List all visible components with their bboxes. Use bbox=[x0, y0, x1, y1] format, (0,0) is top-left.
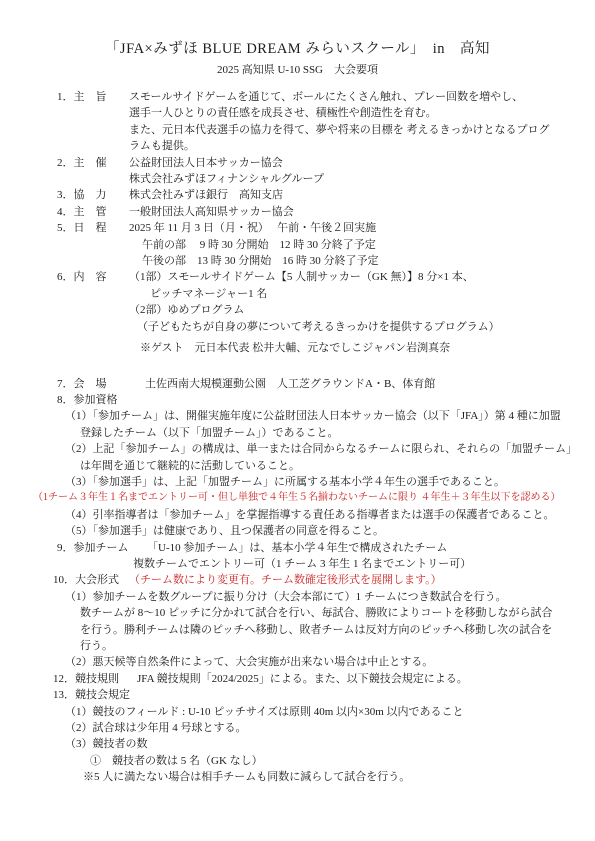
doc-line: 登録したチーム（以下「加盟チーム」）であること。 bbox=[0, 425, 595, 441]
blank-space bbox=[0, 357, 595, 376]
doc-line: 7．会 場土佐西南大規模運動公園 人工芝グラウンドA・B、体育館 bbox=[0, 376, 595, 392]
doc-line: （2）試合球は少年用 4 号球とする。 bbox=[0, 720, 595, 736]
doc-line: （4）引率指導者は「参加チーム」を掌握指導する責任ある指導者または選手の保護者で… bbox=[0, 507, 595, 523]
text-segment: （2部）ゆめプログラム bbox=[129, 304, 244, 316]
text-segment: （2）試合球は少年用 4 号球とする。 bbox=[65, 722, 247, 734]
text-segment: 株式会社みずほフィナンシャルグループ bbox=[129, 173, 324, 185]
text-segment: 13．競技会規定 bbox=[53, 689, 130, 701]
doc-line: 1．主 旨スモールサイドゲームを通じて、ボールにたくさん触れ、プレー回数を増やし… bbox=[0, 89, 595, 105]
doc-line: ① 競技者の数は 5 名（GK なし） bbox=[0, 753, 595, 769]
doc-line: 8．参加資格 bbox=[0, 392, 595, 408]
text-segment: また、元日本代表選手の協力を得て、夢や将来の目標を 考えるきっかけとなるプログ bbox=[129, 124, 550, 136]
text-segment: 「U-10 参加チーム」は、基本小学４年生で構成されたチーム bbox=[147, 542, 447, 554]
text-segment: 2025 年 11 月 3 日（月・祝） 午前・午後２回実施 bbox=[129, 222, 376, 234]
text-segment: 株式会社みずほ銀行 高知支店 bbox=[129, 189, 283, 201]
text-segment: 選手一人ひとりの責任感を成長させ、積極性や創造性を育む。 bbox=[129, 107, 437, 119]
text-segment: ① 競技者の数は 5 名（GK なし） bbox=[90, 755, 263, 767]
text-segment: を行う。勝利チームは隣のピッチへ移動し、敗者チームは反対方向のピッチへ移動し次の… bbox=[80, 624, 552, 636]
document-page: 「JFA×みずほ BLUE DREAM みらいスクール」 in 高知 2025 … bbox=[0, 0, 595, 841]
doc-line: は年間を通じて継続的に活動していること。 bbox=[0, 458, 595, 474]
doc-line: （5）「参加選手」は健康であり、且つ保護者の同意を得ること。 bbox=[0, 523, 595, 539]
item-label: 3．協 力 bbox=[57, 187, 129, 203]
text-segment: 行う。 bbox=[80, 640, 113, 652]
text-segment: （3）競技者の数 bbox=[65, 738, 148, 750]
doc-line: （1）競技のフィールド : U-10 ピッチサイズは原則 40m 以内×30m … bbox=[0, 704, 595, 720]
doc-line: （2）悪天候等自然条件によって、大会実施が出来ない場合は中止とする。 bbox=[0, 654, 595, 670]
doc-line: ピッチマネージャー1 名 bbox=[0, 286, 595, 302]
text-segment: （4）引率指導者は「参加チーム」を掌握指導する責任ある指導者または選手の保護者で… bbox=[65, 509, 555, 521]
text-segment: ラムも提供。 bbox=[129, 140, 195, 152]
text-segment: （子どもたちが自身の夢について考えるきっかけを提供するプログラム） bbox=[137, 321, 500, 333]
doc-line: 9．参加チーム「U-10 参加チーム」は、基本小学４年生で構成されたチーム bbox=[0, 540, 595, 556]
doc-line: を行う。勝利チームは隣のピッチへ移動し、敗者チームは反対方向のピッチへ移動し次の… bbox=[0, 622, 595, 638]
doc-line: （1チーム３年生１名までエントリー可・但し単独で４年生５名揃わないチームに限り … bbox=[0, 490, 595, 506]
text-segment: ※5 人に満たない場合は相手チームも同数に減らして試合を行う。 bbox=[83, 771, 410, 783]
doc-line: 10．大会形式（チーム数により変更有。チーム数確定後形式を展開します。） bbox=[0, 572, 595, 588]
doc-line: （子どもたちが自身の夢について考えるきっかけを提供するプログラム） bbox=[0, 319, 595, 335]
text-segment: 午後の部 13 時 30 分開始 16 時 30 分終了予定 bbox=[142, 255, 379, 267]
text-segment: （1）競技のフィールド : U-10 ピッチサイズは原則 40m 以内×30m … bbox=[65, 706, 464, 718]
text-segment: 一般財団法人高知県サッカー協会 bbox=[129, 206, 294, 218]
item-label: 7．会 場 bbox=[57, 376, 145, 392]
text-segment: （3）「参加選手」は、上記「加盟チーム」に所属する基本小学４年生の選手であること… bbox=[65, 476, 505, 488]
doc-line: 13．競技会規定 bbox=[0, 687, 595, 703]
red-note-text: （1チーム３年生１名までエントリー可・但し単独で４年生５名揃わないチームに限り … bbox=[33, 492, 561, 503]
text-segment: （2）上記「参加チーム」の構成は、単一または合同からなるチームに限られ、それらの… bbox=[65, 443, 577, 455]
doc-line: ※ゲスト 元日本代表 松井大輔、元なでしこジャパン岩渕真奈 bbox=[0, 340, 595, 356]
item-label: 4．主 管 bbox=[57, 204, 129, 220]
item-label: 2．主 催 bbox=[57, 155, 129, 171]
text-segment: JFA 競技規則「2024/2025」による。また、以下競技会規定による。 bbox=[137, 673, 468, 685]
doc-line: （1）「参加チーム」は、開催実施年度に公益財団法人日本サッカー協会（以下「JFA… bbox=[0, 408, 595, 424]
doc-line: 複数チームでエントリー可（1 チーム 3 年生 1 名までエントリー可） bbox=[0, 556, 595, 572]
document-title: 「JFA×みずほ BLUE DREAM みらいスクール」 in 高知 bbox=[0, 0, 595, 58]
doc-line: 4．主 管一般財団法人高知県サッカー協会 bbox=[0, 204, 595, 220]
doc-line: ※5 人に満たない場合は相手チームも同数に減らして試合を行う。 bbox=[0, 769, 595, 785]
doc-line: 午後の部 13 時 30 分開始 16 時 30 分終了予定 bbox=[0, 253, 595, 269]
text-segment: 登録したチーム（以下「加盟チーム」）であること。 bbox=[80, 427, 339, 439]
doc-line: また、元日本代表選手の協力を得て、夢や将来の目標を 考えるきっかけとなるプログ bbox=[0, 122, 595, 138]
text-segment: 公益財団法人日本サッカー協会 bbox=[129, 157, 283, 169]
text-segment: （5）「参加選手」は健康であり、且つ保護者の同意を得ること。 bbox=[65, 525, 384, 537]
document-body: 1．主 旨スモールサイドゲームを通じて、ボールにたくさん触れ、プレー回数を増やし… bbox=[0, 89, 595, 786]
doc-line: （3）競技者の数 bbox=[0, 736, 595, 752]
doc-line: （3）「参加選手」は、上記「加盟チーム」に所属する基本小学４年生の選手であること… bbox=[0, 474, 595, 490]
red-note-text: （チーム数により変更有。チーム数確定後形式を展開します。） bbox=[129, 574, 442, 586]
text-segment: ピッチマネージャー1 名 bbox=[150, 288, 267, 300]
item-label: 12．競技規則 bbox=[53, 671, 137, 687]
text-segment: 土佐西南大規模運動公園 人工芝グラウンドA・B、体育館 bbox=[145, 378, 435, 390]
text-segment: 午前の部 9 時 30 分開始 12 時 30 分終了予定 bbox=[142, 239, 376, 251]
text-segment: 8．参加資格 bbox=[57, 394, 118, 406]
text-segment: スモールサイドゲームを通じて、ボールにたくさん触れ、プレー回数を増やし、 bbox=[129, 91, 523, 103]
item-label: 10．大会形式 bbox=[53, 572, 129, 588]
text-segment: は年間を通じて継続的に活動していること。 bbox=[80, 460, 300, 472]
item-label: 1．主 旨 bbox=[57, 89, 129, 105]
item-label: 6．内 容 bbox=[57, 269, 129, 285]
text-segment: 複数チームでエントリー可（1 チーム 3 年生 1 名までエントリー可） bbox=[133, 558, 471, 570]
doc-line: 行う。 bbox=[0, 638, 595, 654]
text-segment: （1部）スモールサイドゲーム【5 人制サッカー（GK 無）】8 分×1 本、 bbox=[129, 271, 474, 283]
text-segment: （1）参加チームを数グループに振り分け（大会本部にて）1 チームにつき数試合を行… bbox=[65, 591, 507, 603]
doc-line: （2部）ゆめプログラム bbox=[0, 302, 595, 318]
doc-line: 2．主 催公益財団法人日本サッカー協会 bbox=[0, 155, 595, 171]
item-label: 5．日 程 bbox=[57, 220, 129, 236]
doc-line: 12．競技規則JFA 競技規則「2024/2025」による。また、以下競技会規定… bbox=[0, 671, 595, 687]
text-segment: （2）悪天候等自然条件によって、大会実施が出来ない場合は中止とする。 bbox=[65, 656, 433, 668]
doc-line: （2）上記「参加チーム」の構成は、単一または合同からなるチームに限られ、それらの… bbox=[0, 441, 595, 457]
doc-line: 選手一人ひとりの責任感を成長させ、積極性や創造性を育む。 bbox=[0, 105, 595, 121]
doc-line: 3．協 力株式会社みずほ銀行 高知支店 bbox=[0, 187, 595, 203]
doc-line: ラムも提供。 bbox=[0, 138, 595, 154]
doc-line: 6．内 容（1部）スモールサイドゲーム【5 人制サッカー（GK 無）】8 分×1… bbox=[0, 269, 595, 285]
item-label: 9．参加チーム bbox=[57, 540, 147, 556]
text-segment: 数チームが 8～10 ピッチに分かれて試合を行い、毎試合、勝敗によりコートを移動… bbox=[80, 607, 553, 619]
text-segment: ※ゲスト 元日本代表 松井大輔、元なでしこジャパン岩渕真奈 bbox=[140, 342, 450, 354]
document-subtitle: 2025 高知県 U-10 SSG 大会要項 bbox=[0, 63, 595, 78]
doc-line: 5．日 程2025 年 11 月 3 日（月・祝） 午前・午後２回実施 bbox=[0, 220, 595, 236]
doc-line: 株式会社みずほフィナンシャルグループ bbox=[0, 171, 595, 187]
text-segment: （1）「参加チーム」は、開催実施年度に公益財団法人日本サッカー協会（以下「JFA… bbox=[65, 410, 561, 422]
doc-line: 数チームが 8～10 ピッチに分かれて試合を行い、毎試合、勝敗によりコートを移動… bbox=[0, 605, 595, 621]
doc-line: （1）参加チームを数グループに振り分け（大会本部にて）1 チームにつき数試合を行… bbox=[0, 589, 595, 605]
doc-line: 午前の部 9 時 30 分開始 12 時 30 分終了予定 bbox=[0, 237, 595, 253]
